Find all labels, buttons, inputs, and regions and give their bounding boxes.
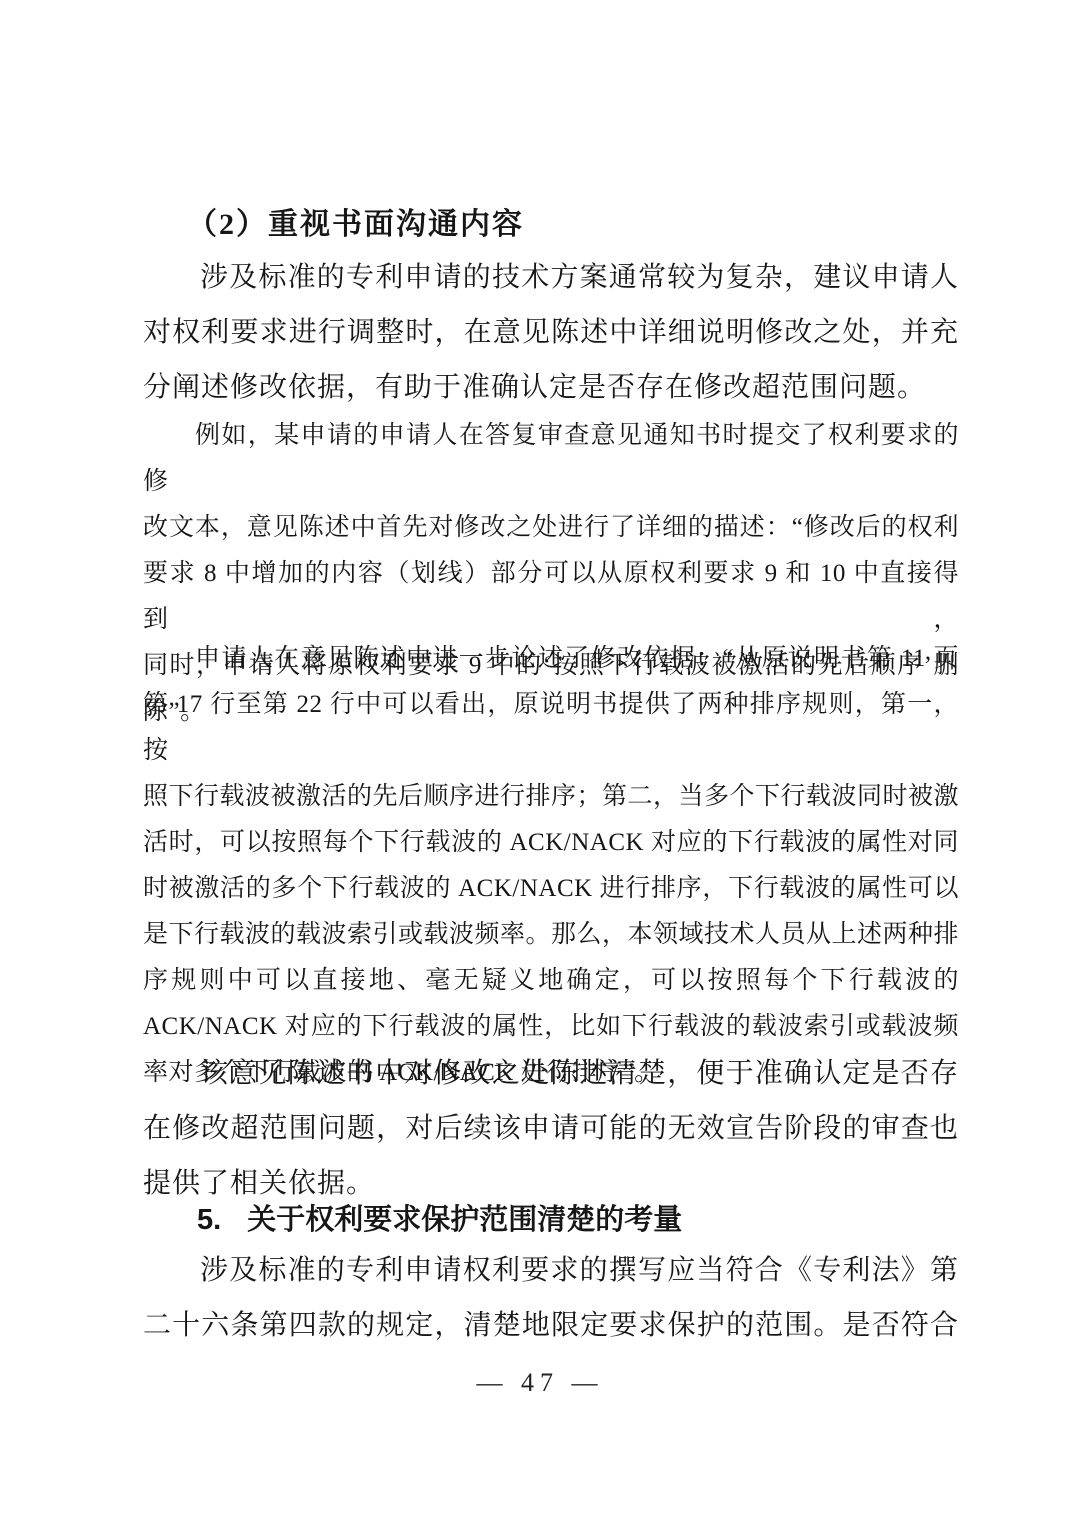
paragraph-section5-intro: 涉及标准的专利申请权利要求的撰写应当符合《专利法》第 二十六条第四款的规定，清楚… xyxy=(143,1243,959,1353)
section-heading-5: 5. 关于权利要求保护范围清楚的考量 xyxy=(143,1198,1013,1242)
text-line: ACK/NACK 对应的下行载波的属性，比如下行载波的载波索引或载波频 xyxy=(143,1004,959,1050)
text-line: 第 17 行至第 22 行中可以看出，原说明书提供了两种排序规则，第一，按 xyxy=(143,682,959,774)
paragraph-argument: 申请人在意见陈述中进一步论述了修改依据：“从原说明书第 11 页 第 17 行至… xyxy=(143,636,959,1096)
text-line: 对权利要求进行调整时，在意见陈述中详细说明修改之处，并充 xyxy=(143,305,959,360)
text-line: 要求 8 中增加的内容（划线）部分可以从原权利要求 9 和 10 中直接得到， xyxy=(143,551,959,643)
text-line: 分阐述修改依据，有助于准确认定是否存在修改超范围问题。 xyxy=(143,360,959,415)
document-page: （2）重视书面沟通内容 涉及标准的专利申请的技术方案通常较为复杂，建议申请人 对… xyxy=(0,0,1080,1527)
text-line: 是下行载波的载波索引或载波频率。那么，本领域技术人员从上述两种排 xyxy=(143,912,959,958)
paragraph-conclusion: 该意见陈述书中对修改之处陈述清楚，便于准确认定是否存 在修改超范围问题，对后续该… xyxy=(143,1046,959,1211)
text-line: 改文本，意见陈述中首先对修改之处进行了详细的描述：“修改后的权利 xyxy=(143,505,959,551)
text-line: 二十六条第四款的规定，清楚地限定要求保护的范围。是否符合 xyxy=(143,1298,959,1353)
text-line: 时被激活的多个下行载波的 ACK/NACK 进行排序，下行载波的属性可以 xyxy=(143,866,959,912)
text-line: 例如，某申请的申请人在答复审查意见通知书时提交了权利要求的修 xyxy=(143,413,959,505)
text-line: 申请人在意见陈述中进一步论述了修改依据：“从原说明书第 11 页 xyxy=(143,636,959,682)
text-line: 照下行载波被激活的先后顺序进行排序；第二，当多个下行载波同时被激 xyxy=(143,774,959,820)
paragraph-intro: 涉及标准的专利申请的技术方案通常较为复杂，建议申请人 对权利要求进行调整时，在意… xyxy=(143,250,959,415)
text-line: 活时，可以按照每个下行载波的 ACK/NACK 对应的下行载波的属性对同 xyxy=(143,820,959,866)
text-line: 涉及标准的专利申请权利要求的撰写应当符合《专利法》第 xyxy=(143,1243,959,1298)
text-line: 该意见陈述书中对修改之处陈述清楚，便于准确认定是否存 xyxy=(143,1046,959,1101)
page-number: — 47 — xyxy=(0,1368,1080,1398)
text-line: 序规则中可以直接地、毫无疑义地确定，可以按照每个下行载波的 xyxy=(143,958,959,1004)
text-line: 在修改超范围问题，对后续该申请可能的无效宣告阶段的审查也 xyxy=(143,1101,959,1156)
section-title: 关于权利要求保护范围清楚的考量 xyxy=(247,1198,682,1242)
text-line: 涉及标准的专利申请的技术方案通常较为复杂，建议申请人 xyxy=(143,250,959,305)
section-heading-2: （2）重视书面沟通内容 xyxy=(143,203,1003,247)
section-number: 5. xyxy=(197,1198,221,1242)
